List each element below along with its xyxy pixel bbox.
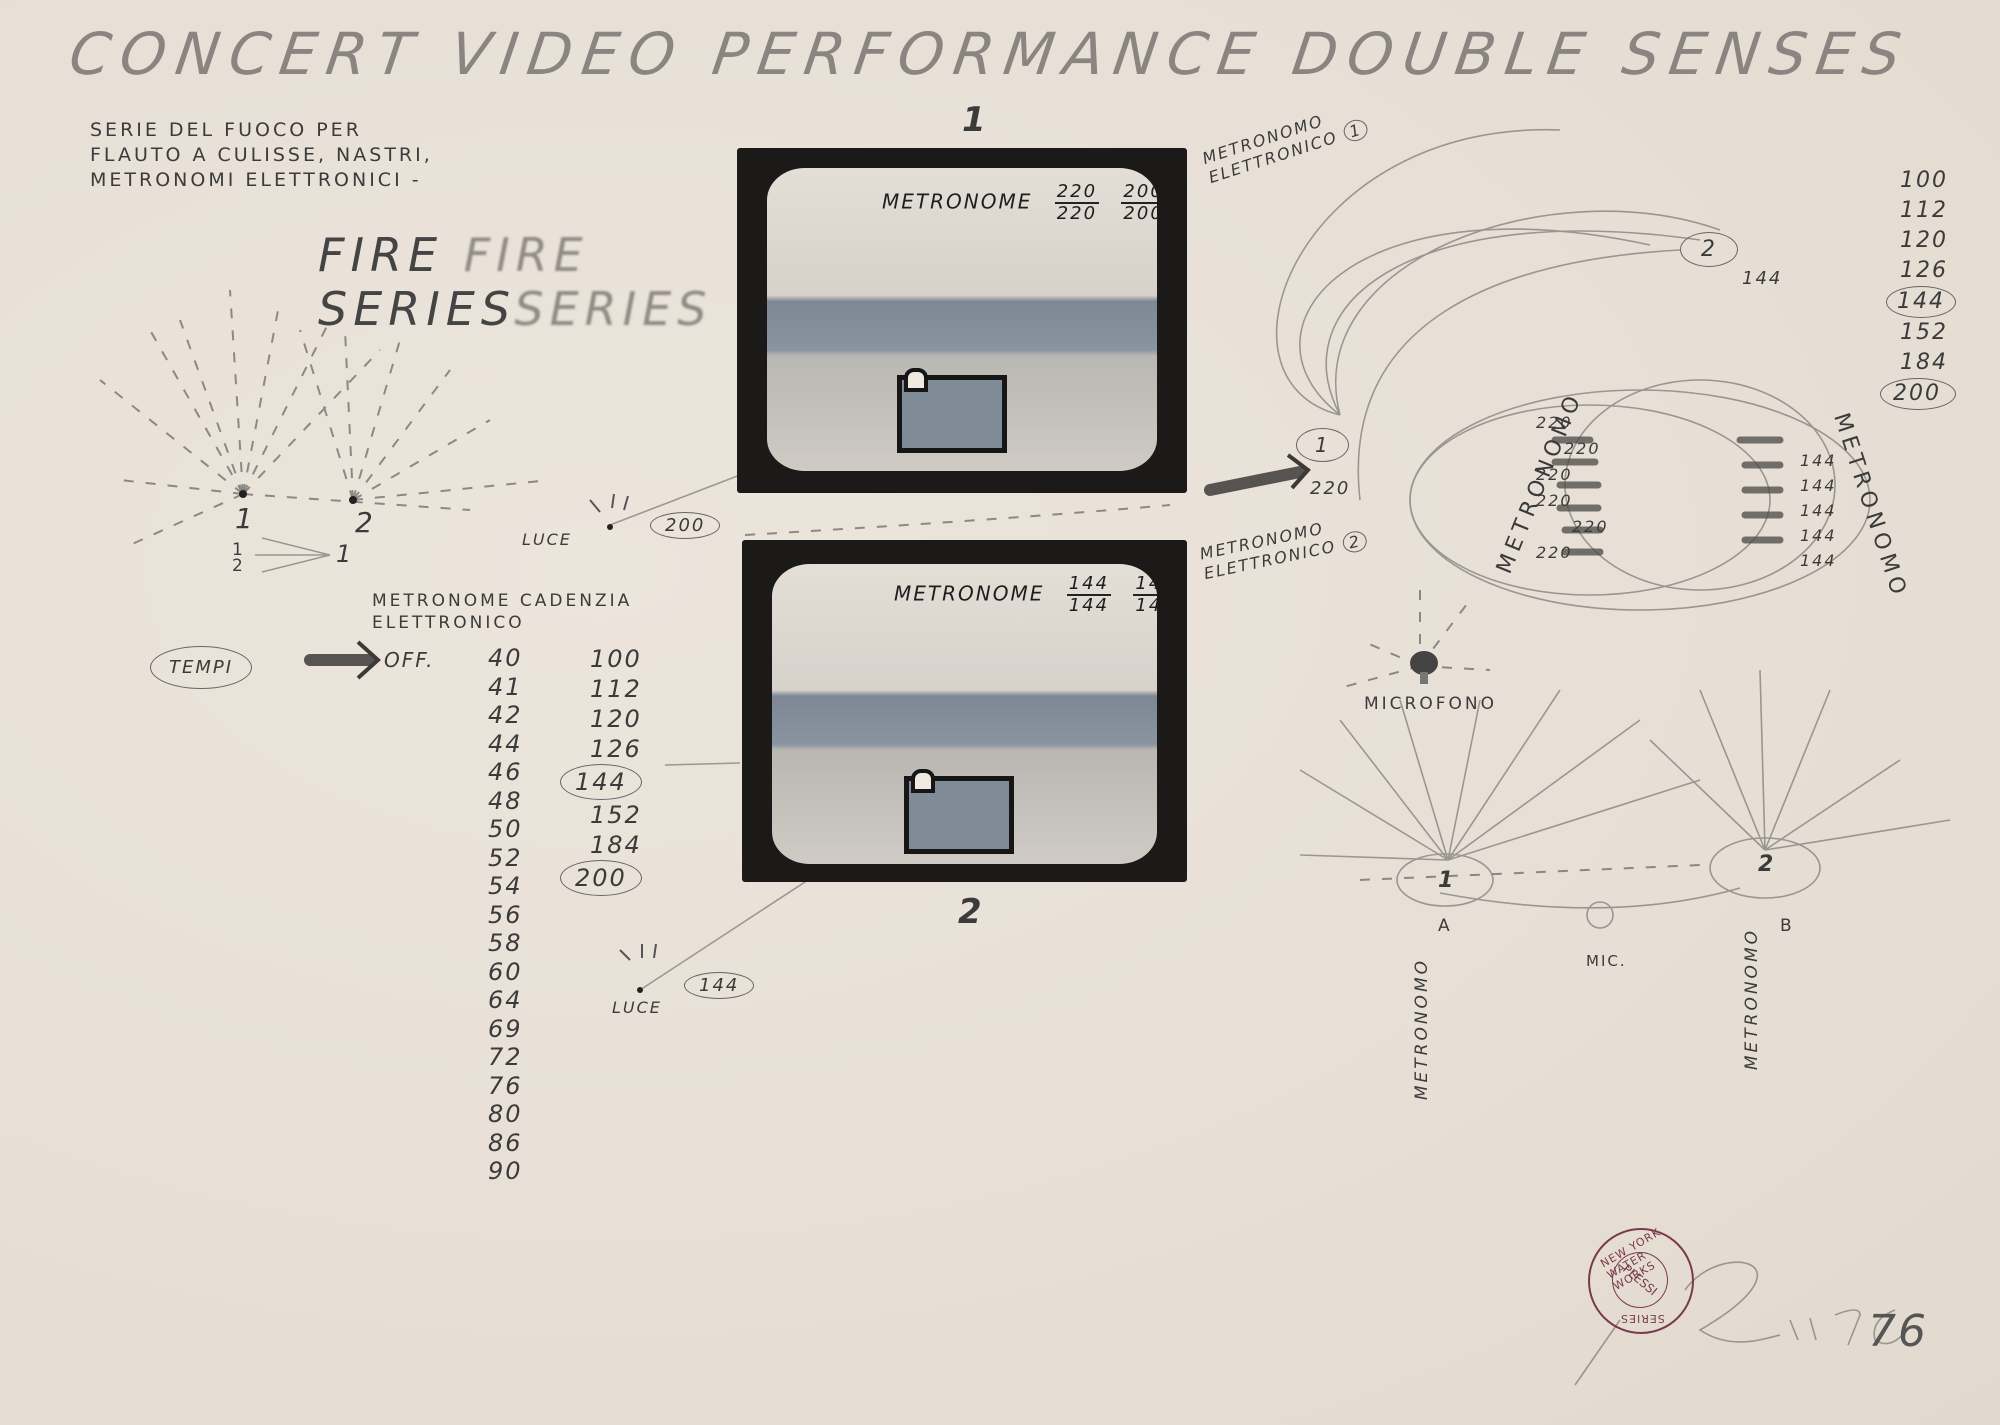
cluster-value: 144	[1800, 523, 1837, 548]
tempo-value: 152	[1900, 318, 1956, 348]
fan-node-2-label: 2	[355, 506, 375, 539]
cluster-left-values: 220 220 220 220 220 220	[1536, 410, 1609, 566]
monitor-1: METRONOME 220220 200200	[737, 148, 1187, 493]
cadence-value: 42	[488, 701, 523, 730]
node-a-label: A	[1438, 916, 1452, 936]
monitor-2-right-fraction: 144144	[1133, 574, 1157, 616]
monitor-2-screen: METRONOME 144144 144144	[772, 564, 1157, 864]
right-tempo-column: 100 112 120 126 144 152 184 200	[1900, 166, 1956, 410]
cluster-value: 220	[1536, 410, 1609, 436]
cadence-value: 90	[488, 1157, 523, 1186]
metronomo-a-label: METRONOMO	[1412, 958, 1432, 1100]
cadence-value: 100	[590, 644, 642, 674]
cadence-value: 52	[488, 844, 523, 873]
monitor-2-label: METRONOME 144144 144144	[894, 574, 1157, 616]
arrow-target-label: 1	[336, 540, 353, 568]
luce-top-value: 200	[650, 512, 720, 539]
luce-top-label: LUCE	[522, 530, 572, 549]
cadence-heading-line: METRONOME CADENZIA	[372, 590, 632, 612]
tempo-value: 184	[1900, 348, 1956, 378]
water-works-stamp: NEW YORK WATER WORKS PLESSI SERIES	[1588, 1228, 1694, 1334]
node-2-label: 2	[1680, 232, 1738, 267]
metronome-label: METRONOME	[894, 582, 1044, 606]
cadence-value: 126	[590, 734, 642, 764]
cadence-value: 184	[590, 830, 642, 860]
metronome-tab-icon	[911, 769, 935, 793]
half-denominator: 2	[232, 558, 245, 574]
luce-bottom-value: 144	[684, 972, 754, 999]
fan-node-1-label: 1	[235, 502, 255, 535]
cadence-left-column: 40 41 42 44 46 48 50 52 54 56 58 60 64 6…	[488, 644, 523, 1186]
cadence-value: 112	[590, 674, 642, 704]
cluster-value: 144	[1800, 473, 1837, 498]
node-1-label: 1	[1296, 428, 1349, 462]
cadence-value: 46	[488, 758, 523, 787]
cluster-value: 220	[1536, 462, 1609, 488]
cadence-value: 80	[488, 1100, 523, 1129]
tempo-value: 126	[1900, 256, 1956, 286]
cadence-value: 48	[488, 787, 523, 816]
tempo-value-circled: 144	[1886, 286, 1956, 318]
cadence-value: 64	[488, 986, 523, 1015]
cadence-value: 40	[488, 644, 523, 673]
node-b-label: B	[1780, 916, 1794, 936]
cadence-value: 120	[590, 704, 642, 734]
luce-bottom-label: LUCE	[612, 998, 662, 1017]
mic-label: MIC.	[1586, 952, 1627, 970]
cadence-value-circled: 200	[560, 860, 642, 896]
monitor-1-label: METRONOME 220220 200200	[882, 182, 1157, 224]
cluster-value: 220	[1564, 436, 1609, 462]
signature-year: 76	[1868, 1306, 1928, 1357]
cadence-value-circled: 144	[560, 764, 642, 800]
monitor-1-screen: METRONOME 220220 200200	[767, 168, 1157, 471]
cadence-value: 72	[488, 1043, 523, 1072]
node-b-number: 2	[1758, 852, 1775, 877]
tempo-value: 120	[1900, 226, 1956, 256]
cadence-value: 44	[488, 730, 523, 759]
cluster-value: 220	[1536, 540, 1609, 566]
tempo-value-circled: 200	[1880, 378, 1956, 410]
tempo-value: 100	[1900, 166, 1956, 196]
cadence-value: 69	[488, 1015, 523, 1044]
off-label: OFF.	[384, 648, 435, 672]
stamp-ring-bottom: SERIES	[1620, 1312, 1665, 1325]
cadence-value: 50	[488, 815, 523, 844]
node-2-value: 144	[1742, 268, 1782, 289]
node-a-number: 1	[1438, 868, 1455, 893]
cadence-value: 58	[488, 929, 523, 958]
cadence-value: 152	[590, 800, 642, 830]
cadence-heading: METRONOME CADENZIA ELETTRONICO	[372, 590, 632, 634]
monitor-2: METRONOME 144144 144144	[742, 540, 1187, 882]
cadence-value: 60	[488, 958, 523, 987]
metronome-tab-icon	[904, 368, 928, 392]
cadence-value: 54	[488, 872, 523, 901]
cadence-heading-line: ELETTRONICO	[372, 612, 632, 634]
monitor-1-left-fraction: 220220	[1055, 182, 1099, 224]
node-1-value: 220	[1310, 478, 1350, 499]
tempi-label: TEMPI	[150, 646, 252, 689]
cluster-value: 144	[1800, 548, 1837, 573]
cluster-right-values: 144 144 144 144 144	[1800, 448, 1837, 573]
cluster-value: 144	[1800, 448, 1837, 473]
cadence-value: 86	[488, 1129, 523, 1158]
metronome-label: METRONOME	[882, 190, 1032, 214]
cluster-value: 144	[1800, 498, 1837, 523]
cluster-value: 220	[1572, 514, 1609, 540]
monitor-1-number: 1	[962, 100, 988, 140]
microfono-label: MICROFONO	[1364, 694, 1497, 714]
metronomo-b-label: METRONOMO	[1742, 928, 1762, 1070]
cluster-value: 220	[1536, 488, 1609, 514]
monitor-1-right-fraction: 200200	[1121, 182, 1157, 224]
half-fraction: 1 2	[232, 542, 245, 574]
cadence-value: 76	[488, 1072, 523, 1101]
cadence-right-column: 100 112 120 126 144 152 184 200	[590, 644, 642, 896]
tempo-value: 112	[1900, 196, 1956, 226]
monitor-2-left-fraction: 144144	[1067, 574, 1111, 616]
cadence-value: 41	[488, 673, 523, 702]
cadence-value: 56	[488, 901, 523, 930]
monitor-2-number: 2	[958, 892, 984, 932]
